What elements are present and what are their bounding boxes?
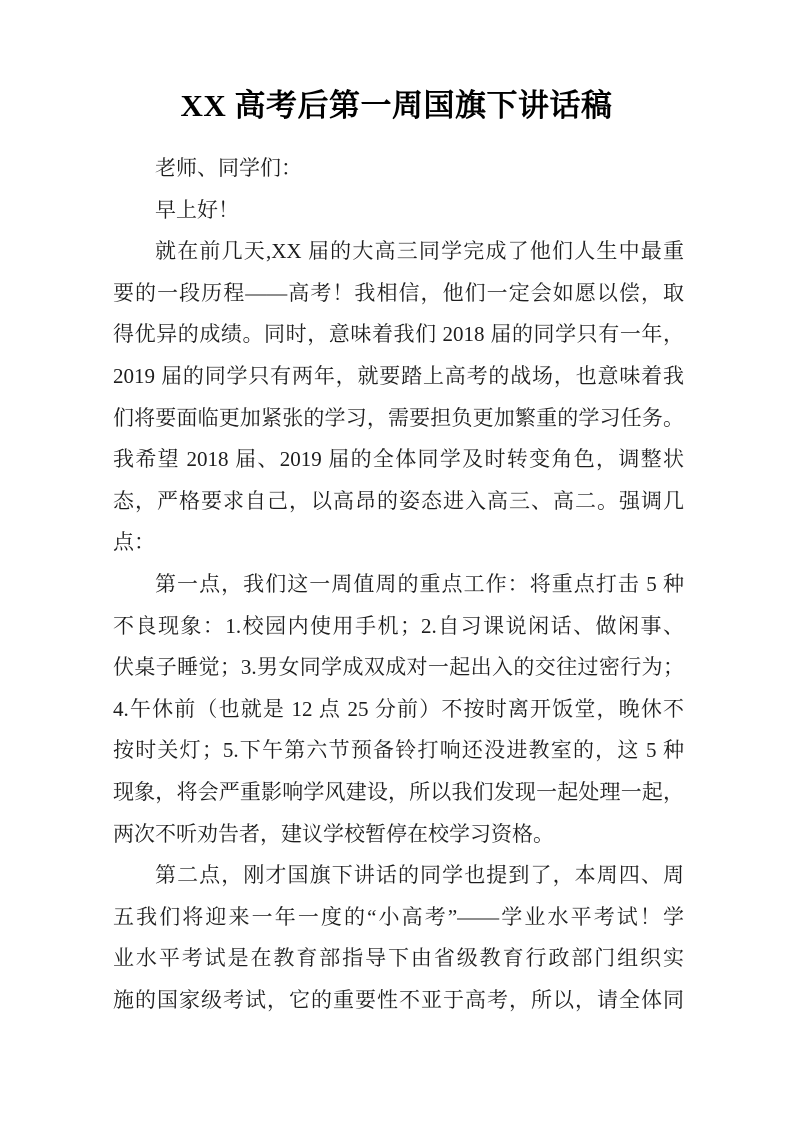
document-page: XX 高考后第一周国旗下讲话稿 老师、同学们：早上好！就在前几天,XX 届的大高… (0, 0, 793, 1122)
text-line: 点： (113, 522, 684, 564)
text-line: 施的国家级考试，它的重要性不亚于高考，所以，请全体同 (113, 980, 684, 1022)
paragraph-salutation: 老师、同学们： (113, 148, 684, 190)
text-line: 两次不听劝告者，建议学校暂停在校学习资格。 (113, 814, 684, 856)
text-line: 要的一段历程——高考！我相信，他们一定会如愿以偿，取 (113, 273, 684, 315)
text-line: 就在前几天,XX 届的大高三同学完成了他们人生中最重 (113, 231, 684, 273)
text-line: 4.午休前（也就是 12 点 25 分前）不按时离开饭堂，晚休不 (113, 689, 684, 731)
document-title: XX 高考后第一周国旗下讲话稿 (0, 86, 793, 126)
paragraph-intro: 就在前几天,XX 届的大高三同学完成了他们人生中最重要的一段历程——高考！我相信… (113, 231, 684, 564)
text-line: 我希望 2018 届、2019 届的全体同学及时转变角色，调整状 (113, 439, 684, 481)
text-line: 老师、同学们： (113, 148, 684, 190)
paragraph-point-2: 第二点，刚才国旗下讲话的同学也提到了，本周四、周五我们将迎来一年一度的“小高考”… (113, 855, 684, 1021)
text-line: 不良现象：1.校园内使用手机；2.自习课说闲话、做闲事、 (113, 606, 684, 648)
text-line: 业水平考试是在教育部指导下由省级教育行政部门组织实 (113, 938, 684, 980)
paragraph-point-1: 第一点，我们这一周值周的重点工作：将重点打击 5 种不良现象：1.校园内使用手机… (113, 564, 684, 855)
text-line: 2019 届的同学只有两年，就要踏上高考的战场，也意味着我 (113, 356, 684, 398)
text-line: 们将要面临更加紧张的学习，需要担负更加繁重的学习任务。 (113, 398, 684, 440)
text-line: 现象，将会严重影响学风建设，所以我们发现一起处理一起， (113, 772, 684, 814)
text-line: 伏桌子睡觉；3.男女同学成双成对一起出入的交往过密行为； (113, 647, 684, 689)
text-line: 五我们将迎来一年一度的“小高考”——学业水平考试！学 (113, 897, 684, 939)
text-line: 第一点，我们这一周值周的重点工作：将重点打击 5 种 (113, 564, 684, 606)
text-line: 早上好！ (113, 190, 684, 232)
text-line: 得优异的成绩。同时，意味着我们 2018 届的同学只有一年， (113, 314, 684, 356)
text-line: 态，严格要求自己，以高昂的姿态进入高三、高二。强调几 (113, 481, 684, 523)
text-line: 按时关灯；5.下午第六节预备铃打响还没进教室的，这 5 种 (113, 730, 684, 772)
document-body: 老师、同学们：早上好！就在前几天,XX 届的大高三同学完成了他们人生中最重要的一… (113, 148, 684, 1021)
text-line: 第二点，刚才国旗下讲话的同学也提到了，本周四、周 (113, 855, 684, 897)
paragraph-greeting: 早上好！ (113, 190, 684, 232)
